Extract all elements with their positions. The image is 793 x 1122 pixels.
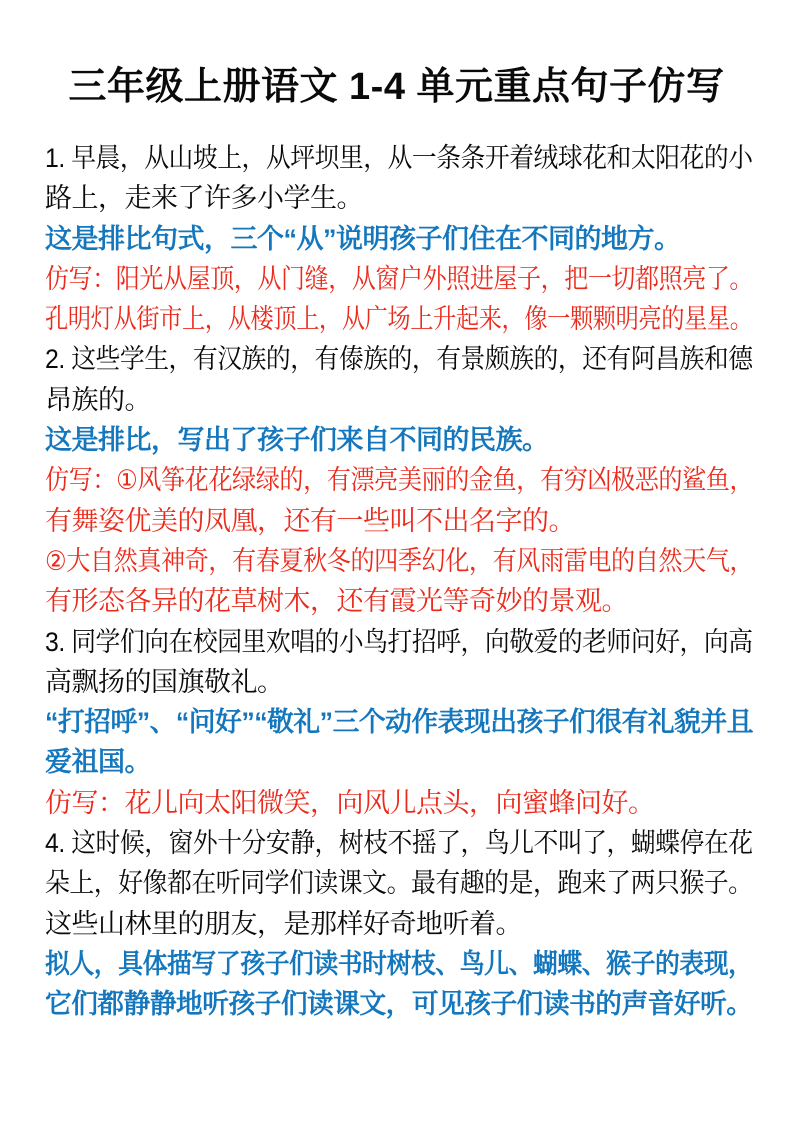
worksheet-page: 三年级上册语文 1-4 单元重点句子仿写 1. 早晨，从山坡上，从坪坝里，从一条… [0,0,793,1122]
sentence-line-imitation: 仿写：阳光从屋顶，从门缝，从窗户外照进屋子，把一切都照亮了。 [45,259,676,299]
sentence-line-original: 这些山林里的朋友，是那样好奇地听着。 [45,904,753,944]
sentence-line-original: 1. 早晨，从山坡上，从坪坝里，从一条条开着绒球花和太阳花的小 [45,138,695,178]
sentence-line-imitation: 有形态各异的花草树木，还有霞光等奇妙的景观。 [45,581,753,621]
sentence-line-original: 2. 这些学生，有汉族的，有傣族的，有景颇族的，还有阿昌族和德 [45,339,695,379]
document-body: 1. 早晨，从山坡上，从坪坝里，从一条条开着绒球花和太阳花的小路上，走来了许多小… [0,138,793,1025]
sentence-line-original: 4. 这时候，窗外十分安静，树枝不摇了，鸟儿不叫了，蝴蝶停在花 [45,823,695,863]
sentence-line-analysis: 这是排比，写出了孩子们来自不同的民族。 [45,420,753,460]
sentence-line-imitation: ②大自然真神奇，有春夏秋冬的四季幻化，有风雨雷电的自然天气， [45,541,678,581]
sentence-line-analysis: 这是排比句式，三个“从”说明孩子们住在不同的地方。 [45,219,753,259]
sentence-line-imitation: 仿写：花儿向太阳微笑，向风儿点头，向蜜蜂问好。 [45,783,753,823]
sentence-line-imitation: 有舞姿优美的凤凰，还有一些叫不出名字的。 [45,501,753,541]
sentence-line-analysis: 爱祖国。 [45,742,753,782]
sentence-line-original: 3. 同学们向在校园里欢唱的小鸟打招呼，向敬爱的老师问好，向高 [45,622,695,662]
sentence-line-imitation: 仿写：①风筝花花绿绿的，有漂亮美丽的金鱼，有穷凶极恶的鲨鱼， [45,460,678,500]
sentence-line-original: 昂族的。 [45,380,753,420]
page-title: 三年级上册语文 1-4 单元重点句子仿写 [0,0,793,112]
sentence-line-analysis: 它们都静静地听孩子们读课文，可见孩子们读书的声音好听。 [45,984,745,1024]
sentence-line-imitation: 孔明灯从街市上，从楼顶上，从广场上升起来，像一颗颗明亮的星星。 [45,299,655,339]
sentence-line-analysis: 拟人，具体描写了孩子们读书时树枝、鸟儿、蝴蝶、猴子的表现， [45,944,697,984]
sentence-line-original: 朵上，好像都在听同学们读课文。最有趣的是，跑来了两只猴子。 [45,863,697,903]
sentence-line-original: 路上，走来了许多小学生。 [45,178,753,218]
sentence-line-analysis: “打招呼”、“问好”“敬礼”三个动作表现出孩子们很有礼貌并且 [45,702,747,742]
sentence-line-original: 高飘扬的国旗敬礼。 [45,662,753,702]
